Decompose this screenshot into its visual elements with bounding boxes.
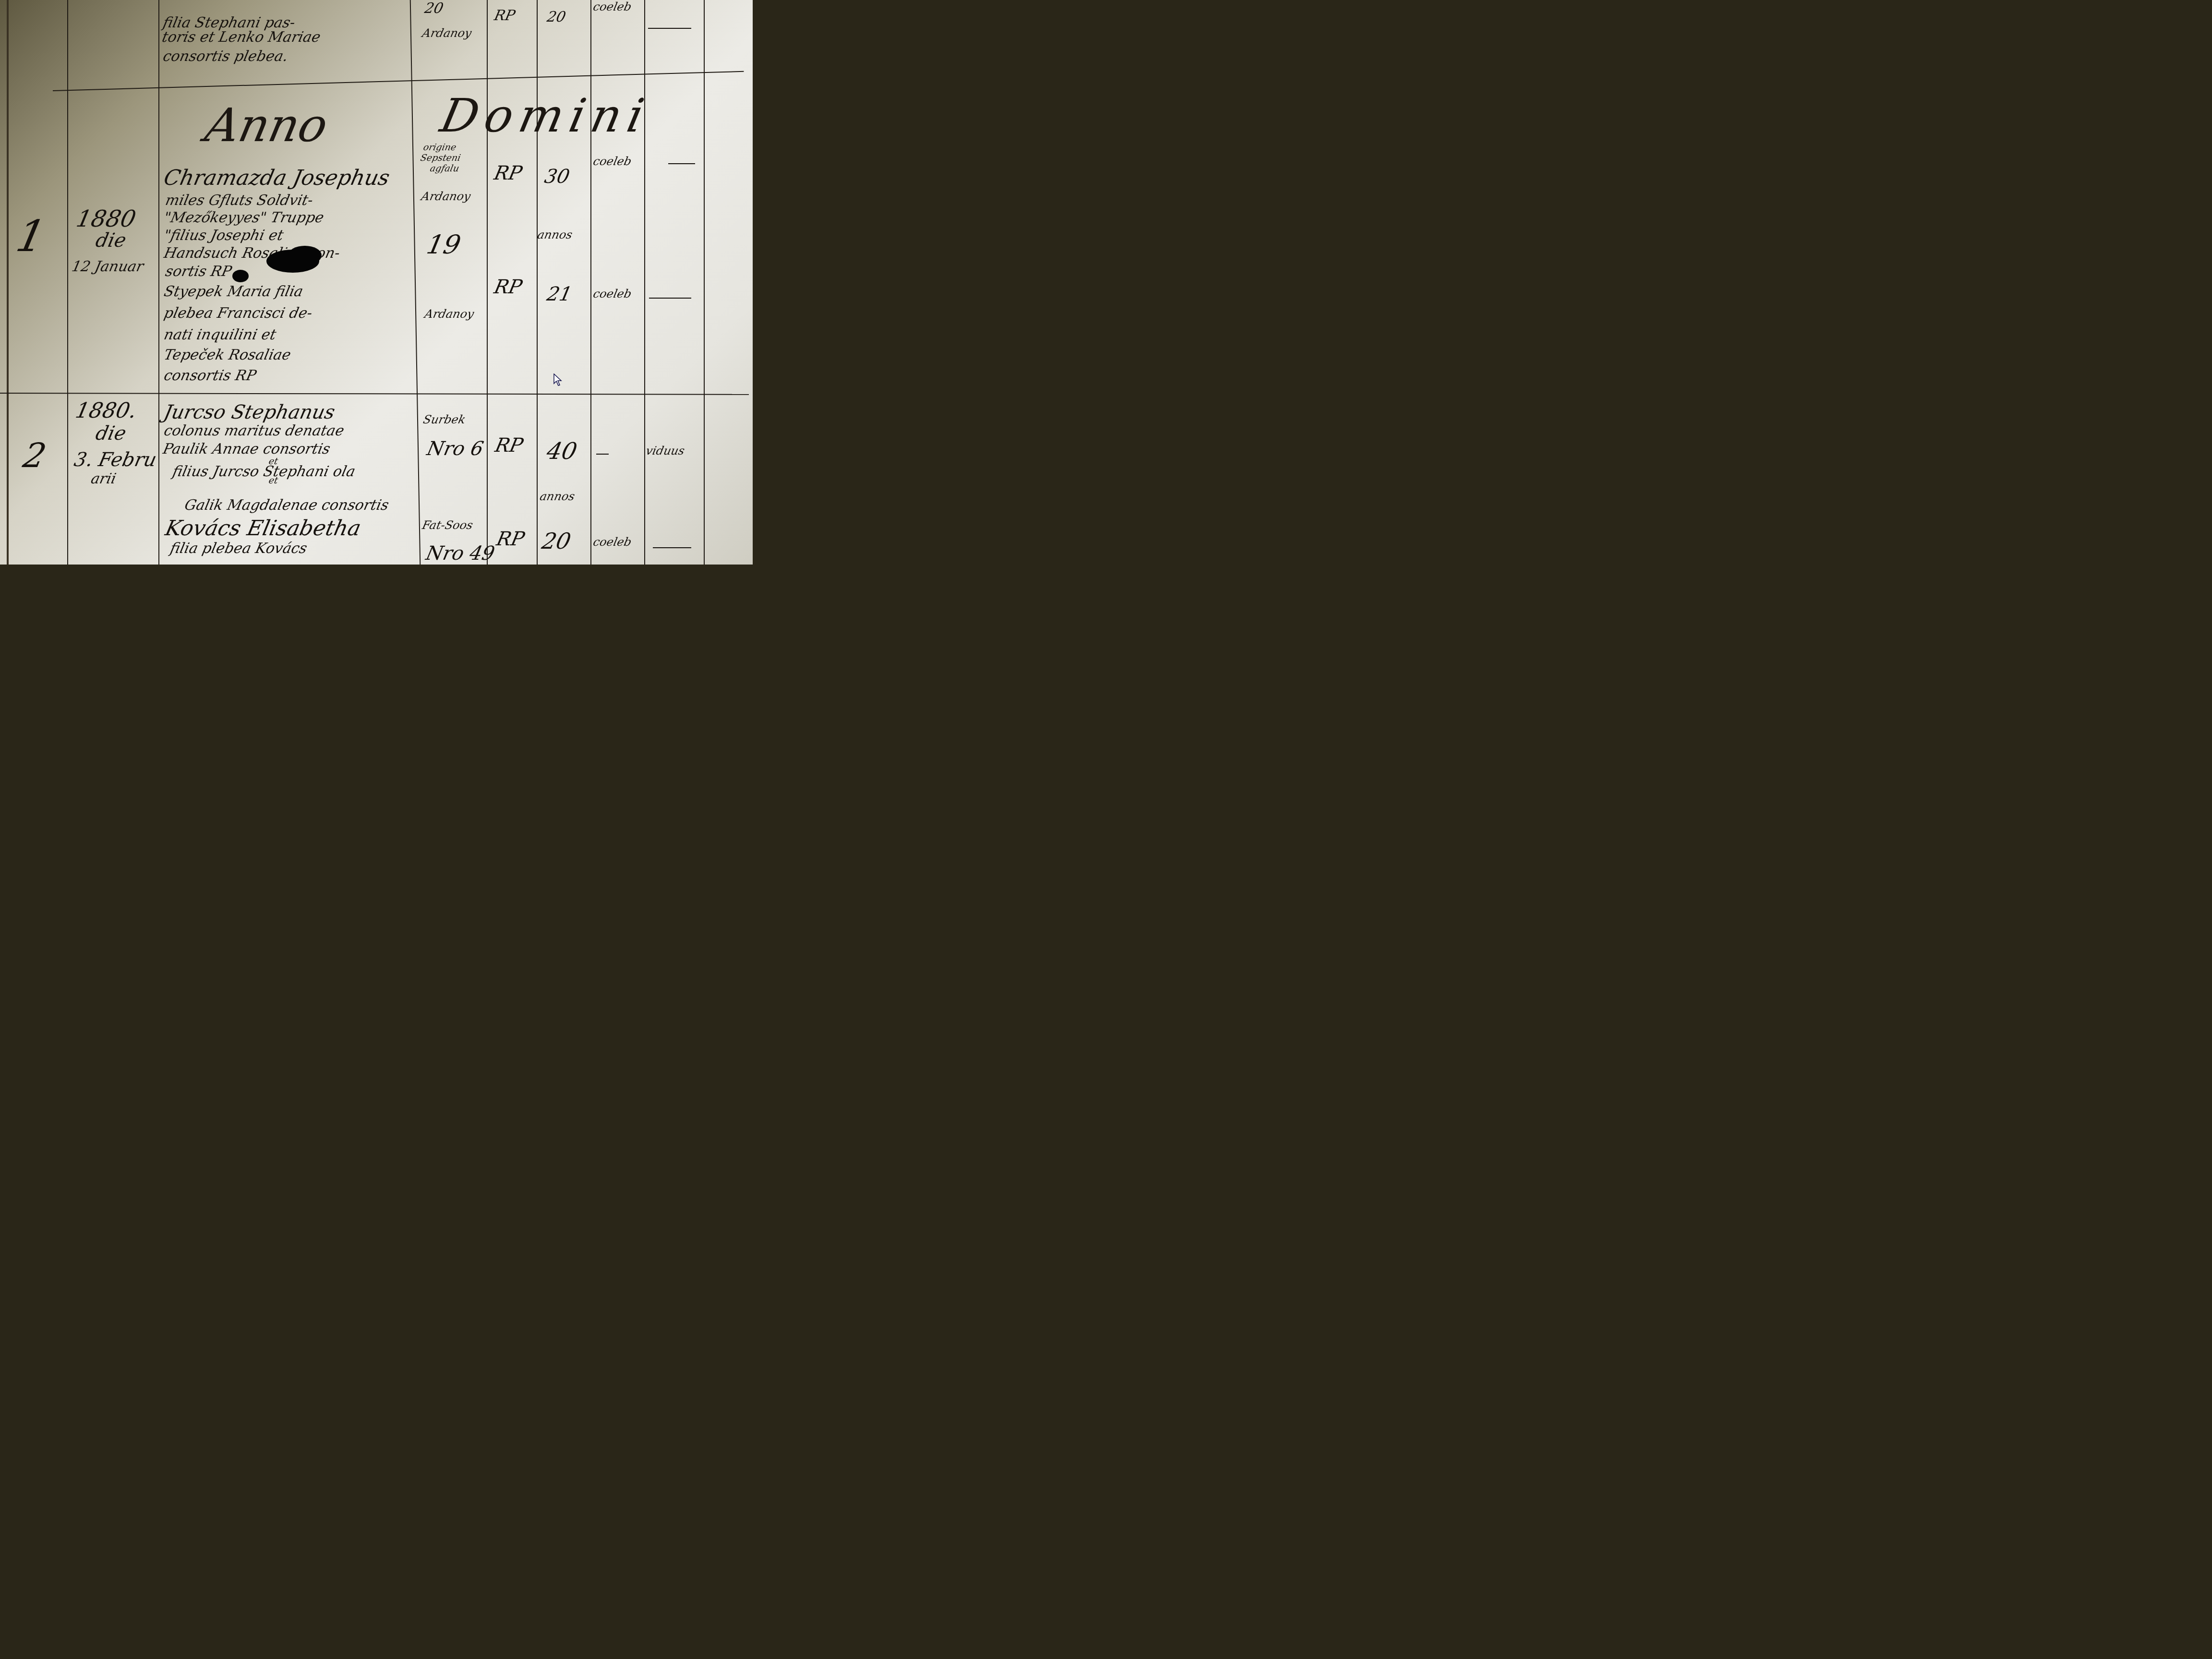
entry-2-bride-viduus-dash	[653, 547, 691, 548]
entry-1-groom-line-3: "Mezőkeyyes" Truppe	[162, 209, 325, 226]
entry-2-day-month: 3. Febru	[72, 449, 158, 471]
page-binding-edge	[7, 0, 9, 565]
entry-1-bride-name: Styepek Maria filia	[162, 283, 304, 300]
entry-1-groom-line-4: "filius Josephi et	[162, 227, 285, 244]
entry-2-groom-line-7: Galik Magdalenae consortis	[183, 497, 390, 514]
entry-2-die: die	[94, 422, 128, 445]
entry-2-number: 2	[20, 436, 49, 475]
entry-2-year: 1880.	[73, 398, 139, 423]
entry-2-groom-house-no: Nro 6	[425, 438, 485, 460]
entry-2-groom-age: 40	[544, 438, 579, 465]
entry-1-bride-line-4: Tepeček Rosaliae	[162, 347, 292, 363]
entry-2-bride-house-no: Nro 49	[424, 542, 497, 565]
entry-1-year: 1880	[74, 205, 138, 232]
heading-anno: Anno	[201, 98, 333, 152]
mouse-pointer-icon	[553, 373, 563, 387]
entry-1-groom-age: 30	[542, 166, 572, 188]
entry-2-bride-religion: RP	[494, 528, 527, 550]
entry-2-bride-line-2: filia plebea Kovács	[168, 540, 309, 557]
previous-entry-line-2: toris et Lenko Mariae	[160, 29, 322, 46]
entry-1-groom-name: Chramazda Josephus	[162, 166, 392, 190]
entry-1-groom-viduus-dash	[668, 163, 695, 164]
previous-entry-age: 20	[423, 0, 445, 17]
entry-2-bride-name: Kovács Elisabetha	[163, 516, 363, 541]
entry-2-groom-et-2: et	[268, 475, 279, 486]
entry-2-groom-line-2: colonus maritus denatae	[162, 422, 346, 439]
entry-2-groom-residence: Surbek	[422, 413, 467, 426]
entry-1-die: die	[94, 229, 128, 252]
entry-1-bride-religion: RP	[492, 276, 524, 298]
entry-1-day-month: 12 Januar	[70, 258, 145, 275]
entry-2-groom-line-3: Paulik Annae consortis	[161, 441, 332, 457]
column-rule-number	[67, 0, 68, 565]
entry-2-bride-residence: Fat-Soos	[421, 518, 474, 532]
column-rule-date	[158, 0, 159, 565]
entry-1-groom-origin-3: agfalu	[429, 163, 460, 174]
entry-1-bride-viduus-dash	[649, 298, 691, 299]
column-rule-residence	[487, 0, 488, 565]
entry-1-groom-house-no: 19	[424, 229, 463, 260]
previous-entry-status: coeleb	[592, 0, 633, 13]
row-divider-entry-2	[0, 393, 749, 395]
column-rule-religion	[537, 0, 538, 565]
entry-1-groom-origin-2: Sepsteni	[420, 153, 462, 163]
entry-1-groom-religion: RP	[492, 162, 524, 184]
entry-1-groom-origin-1: origine	[422, 142, 457, 153]
entry-1-bride-status: coeleb	[592, 287, 633, 301]
column-rule-age	[590, 0, 591, 565]
previous-entry-age-col: 20	[545, 9, 567, 25]
column-rule-status-viduus	[704, 0, 705, 565]
heading-domini: Domini	[436, 89, 655, 143]
entry-2-groom-status: viduus	[645, 444, 686, 457]
previous-entry-line-3: consortis plebea.	[161, 48, 289, 65]
entry-1-groom-status: coeleb	[592, 155, 633, 168]
column-rule-status-coeleb	[644, 0, 645, 565]
monitor-screen: filia Stephani pas- toris et Lenko Maria…	[0, 0, 753, 565]
ink-blot	[288, 246, 322, 265]
entry-2-bride-status: coeleb	[592, 535, 633, 549]
entry-1-groom-line-2: miles Gfluts Soldvit-	[164, 192, 314, 209]
entry-1-groom-residence: Ardanoy	[420, 190, 472, 203]
entry-1-groom-line-6: sortis RP	[164, 263, 233, 280]
entry-1-bride-residence: Ardanoy	[423, 307, 475, 321]
entry-1-bride-line-3: nati inquilini et	[162, 326, 277, 343]
entry-2-bride-age: 20	[540, 528, 573, 554]
row-divider-top	[53, 71, 744, 91]
entry-2-groom-age-unit: annos	[539, 490, 576, 503]
entry-2-groom-coeleb-dash	[596, 454, 609, 455]
entry-2-month-end: arii	[89, 470, 118, 487]
previous-entry-place: Ardanoy	[421, 26, 473, 40]
entry-2-groom-line-5: filius Jurcso Stephani ola	[171, 463, 357, 480]
ink-blot	[232, 270, 249, 282]
column-rule-names	[410, 0, 421, 565]
entry-2-groom-religion: RP	[493, 434, 525, 457]
entry-2-groom-name: Jurcso Stephanus	[162, 401, 337, 423]
previous-entry-dash	[648, 28, 691, 29]
entry-1-bride-line-5: consortis RP	[162, 367, 258, 384]
entry-1-groom-age-unit: annos	[536, 228, 574, 241]
entry-1-bride-line-2: plebea Francisci de-	[162, 305, 314, 322]
entry-1-bride-age: 21	[545, 283, 574, 305]
previous-entry-religion: RP	[493, 7, 517, 24]
entry-1-number: 1	[12, 211, 50, 262]
